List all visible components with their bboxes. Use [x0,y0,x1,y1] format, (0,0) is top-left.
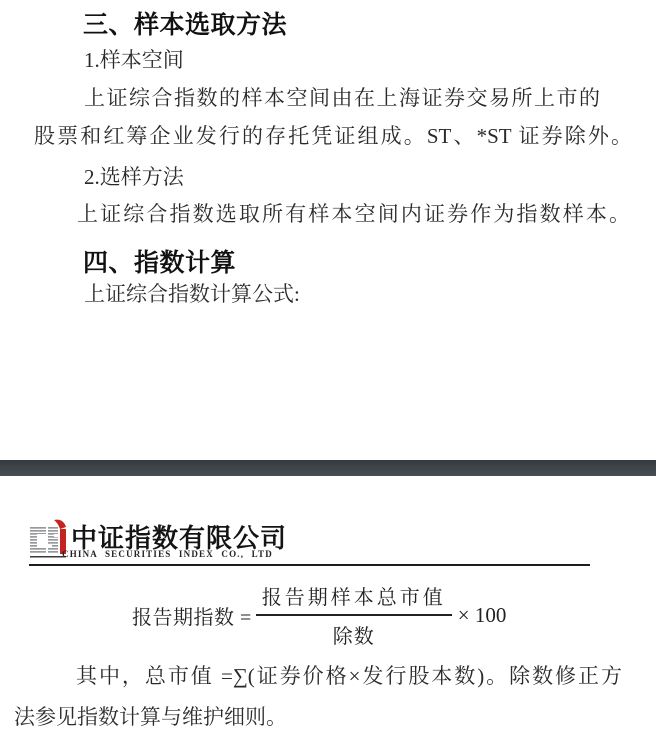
section-4-heading: 四、指数计算 [83,243,236,279]
page-2: 中证指数有限公司 CHINA SECURITIES INDEX CO., LTD… [0,476,656,739]
index-formula: 报告期指数 = 报告期样本总市值 除数 × 100 [132,582,506,648]
letterhead-rule [29,564,590,566]
section-3-heading: 三、样本选取方法 [83,5,287,41]
formula-lhs: 报告期指数 = [132,601,252,630]
item-2-selection-method: 2.选样方法 [84,164,184,190]
page-1: 三、样本选取方法 1.样本空间 上证综合指数的样本空间由在上海证券交易所上市的 … [0,0,656,460]
formula-denominator: 除数 [333,616,375,649]
formula-fraction: 报告期样本总市值 除数 [256,581,452,649]
page-break-divider [0,460,656,476]
paragraph-3-formula-intro: 上证综合指数计算公式: [84,281,300,307]
formula-numerator: 报告期样本总市值 [256,581,452,616]
paragraph-1-line-2: 股票和红筹企业发行的存托凭证组成。ST、*ST 证券除外。 [34,123,632,149]
paragraph-2: 上证综合指数选取所有样本空间内证券作为指数样本。 [77,201,630,227]
page2-paragraph-line-2: 法参见指数计算与维护细则。 [14,704,287,730]
company-name-en: CHINA SECURITIES INDEX CO., LTD [62,549,273,559]
item-1-sample-space: 1.样本空间 [84,47,184,73]
paragraph-1-line-1: 上证综合指数的样本空间由在上海证券交易所上市的 [84,85,600,111]
formula-multiplier: × 100 [458,603,507,628]
document-view: 三、样本选取方法 1.样本空间 上证综合指数的样本空间由在上海证券交易所上市的 … [0,0,656,739]
page2-paragraph-line-1: 其中，总市值 =∑(证券价格×发行股本数)。除数修正方 [76,663,622,689]
